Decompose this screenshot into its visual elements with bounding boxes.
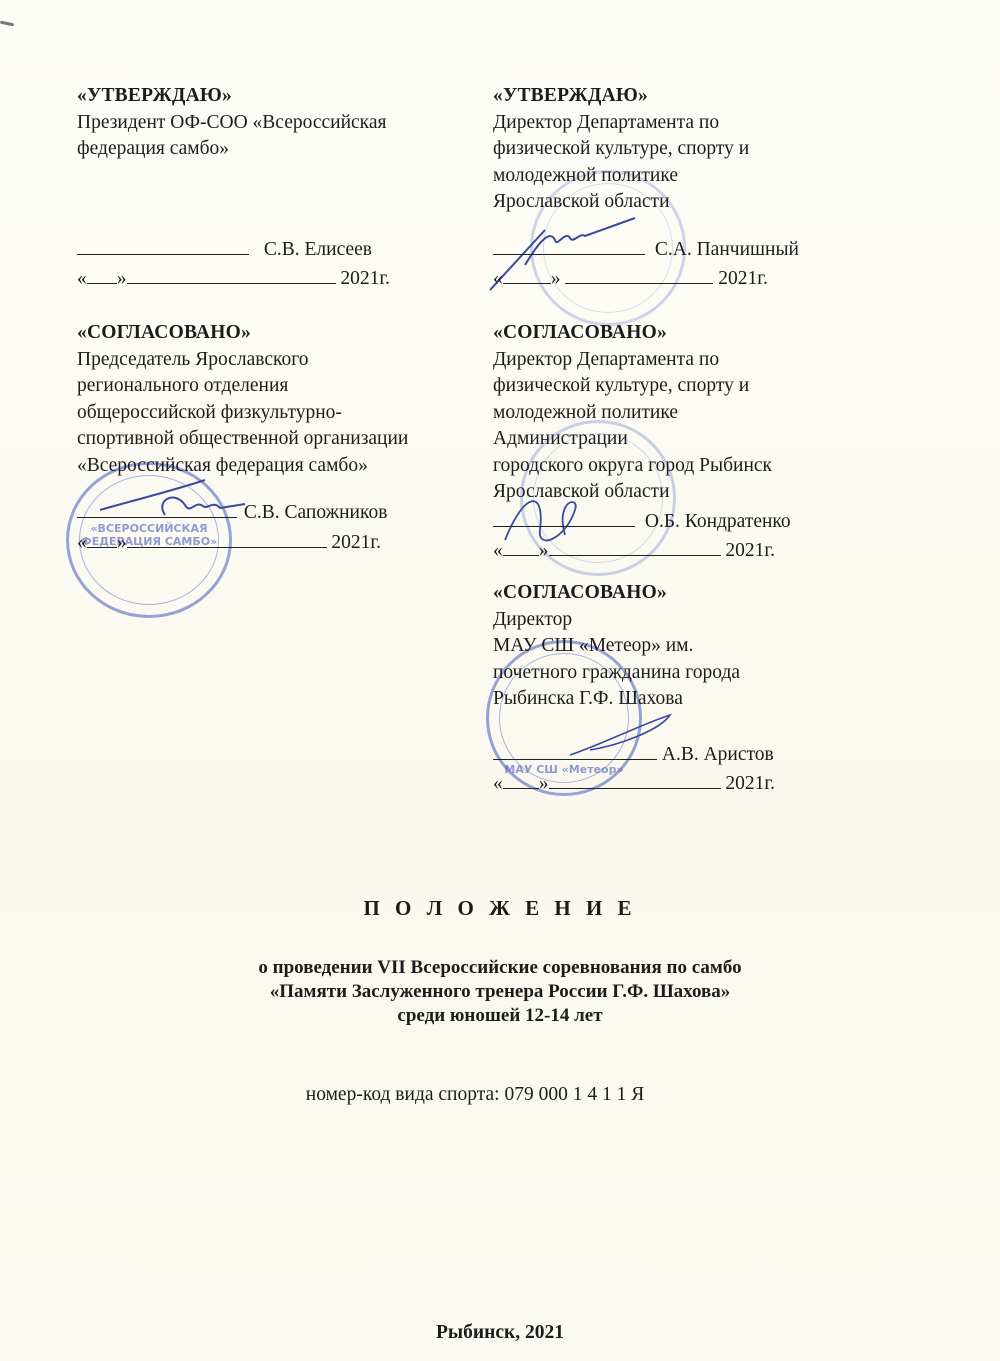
position-line: регионального отделения xyxy=(77,373,408,400)
approval-block-federation: «УТВЕРЖДАЮ» Президент ОФ-СОО «Всероссийс… xyxy=(77,83,390,293)
agreement-block-regional-sambo: «СОГЛАСОВАНО» Председатель Ярославского … xyxy=(77,320,408,556)
subtitle-line: «Памяти Заслуженного тренера России Г.Ф.… xyxy=(0,980,1000,1004)
approval-heading: «УТВЕРЖДАЮ» xyxy=(77,83,390,110)
position-line: общероссийской физкультурно- xyxy=(77,400,408,427)
date-quote-open: « xyxy=(77,532,87,553)
approval-heading: «УТВЕРЖДАЮ» xyxy=(493,83,799,110)
document-title: П О Л О Ж Е Н И Е xyxy=(0,896,1000,921)
position-line: Администрации xyxy=(493,426,791,453)
date-line: «» 2021г. xyxy=(77,263,390,293)
day-blank xyxy=(87,527,117,548)
document-page: «ВСЕРОССИЙСКАЯ ФЕДЕРАЦИЯ САМБО» МАУ СШ «… xyxy=(0,0,1000,1361)
date-quote-close: » xyxy=(539,540,549,561)
position-line: городского округа город Рыбинск xyxy=(493,453,791,480)
month-blank xyxy=(127,527,327,548)
place-and-year: Рыбинск, 2021 xyxy=(0,1322,1000,1344)
position-line: Президент ОФ-СОО «Всероссийская xyxy=(77,110,390,137)
scan-artifact xyxy=(0,21,14,27)
sport-code: номер-код вида спорта: 079 000 1 4 1 1 Я xyxy=(0,1084,1000,1106)
date-quote-close: » xyxy=(551,268,561,289)
agreement-heading: «СОГЛАСОВАНО» xyxy=(493,320,791,347)
date-year: 2021г. xyxy=(725,540,775,561)
subtitle-line: среди юношей 12-14 лет xyxy=(0,1004,1000,1028)
date-quote-open: « xyxy=(77,268,87,289)
month-blank xyxy=(549,768,721,789)
signature-blank xyxy=(493,234,645,255)
signatory-name: С.А. Панчишный xyxy=(655,239,799,260)
date-quote-close: » xyxy=(539,773,549,794)
day-blank xyxy=(503,768,539,789)
signature-blank xyxy=(493,739,657,760)
position-line: «Всероссийская федерация самбо» xyxy=(77,453,408,480)
signature-blank xyxy=(493,506,635,527)
date-year: 2021г. xyxy=(725,773,775,794)
position-line: физической культуре, спорту и xyxy=(493,373,791,400)
position-line: федерация самбо» xyxy=(77,136,390,163)
position-line: Директор xyxy=(493,607,775,634)
position-line: Директор Департамента по xyxy=(493,347,791,374)
signatory-name: А.В. Аристов xyxy=(662,744,774,765)
signatory-name: С.В. Сапожников xyxy=(244,502,388,523)
position-line: Председатель Ярославского xyxy=(77,347,408,374)
date-line: «» 2021г. xyxy=(493,263,799,293)
date-quote-open: « xyxy=(493,773,503,794)
signature-blank xyxy=(77,497,237,518)
position-line: почетного гражданина города xyxy=(493,660,775,687)
date-quote-open: « xyxy=(493,268,503,289)
position-line: Ярославской области xyxy=(493,479,791,506)
date-year: 2021г. xyxy=(340,268,390,289)
date-line: «» 2021г. xyxy=(493,535,791,565)
date-quote-close: » xyxy=(117,268,127,289)
signature-line: С.А. Панчишный xyxy=(493,234,799,264)
position-line: молодежной политике xyxy=(493,163,799,190)
agreement-heading: «СОГЛАСОВАНО» xyxy=(77,320,408,347)
month-blank xyxy=(565,263,713,284)
approval-block-department: «УТВЕРЖДАЮ» Директор Департамента по физ… xyxy=(493,83,799,293)
day-blank xyxy=(503,263,551,284)
agreement-heading: «СОГЛАСОВАНО» xyxy=(493,580,775,607)
position-line: спортивной общественной организации xyxy=(77,426,408,453)
date-quote-open: « xyxy=(493,540,503,561)
month-blank xyxy=(127,263,336,284)
position-line: МАУ СШ «Метеор» им. xyxy=(493,633,775,660)
agreement-block-rybinsk-department: «СОГЛАСОВАНО» Директор Департамента по ф… xyxy=(493,320,791,565)
signatory-name: С.В. Елисеев xyxy=(264,239,372,260)
month-blank xyxy=(549,535,721,556)
subtitle-line: о проведении VII Всероссийские соревнова… xyxy=(0,956,1000,980)
signature-line: А.В. Аристов xyxy=(493,739,775,769)
agreement-block-meteor-school: «СОГЛАСОВАНО» Директор МАУ СШ «Метеор» и… xyxy=(493,580,775,798)
day-blank xyxy=(87,263,117,284)
document-subtitle: о проведении VII Всероссийские соревнова… xyxy=(0,956,1000,1028)
date-line: «» 2021г. xyxy=(493,768,775,798)
signature-blank xyxy=(77,234,249,255)
day-blank xyxy=(503,535,539,556)
date-line: «» 2021г. xyxy=(77,527,408,557)
position-line: физической культуре, спорту и xyxy=(493,136,799,163)
date-quote-close: » xyxy=(117,532,127,553)
signature-line: С.В. Сапожников xyxy=(77,497,408,527)
date-year: 2021г. xyxy=(331,532,381,553)
position-line: молодежной политике xyxy=(493,400,791,427)
signature-line: С.В. Елисеев xyxy=(77,234,390,264)
position-line: Ярославской области xyxy=(493,189,799,216)
date-year: 2021г. xyxy=(718,268,768,289)
position-line: Рыбинска Г.Ф. Шахова xyxy=(493,686,775,713)
position-line: Директор Департамента по xyxy=(493,110,799,137)
signature-line: О.Б. Кондратенко xyxy=(493,506,791,536)
signatory-name: О.Б. Кондратенко xyxy=(645,511,791,532)
